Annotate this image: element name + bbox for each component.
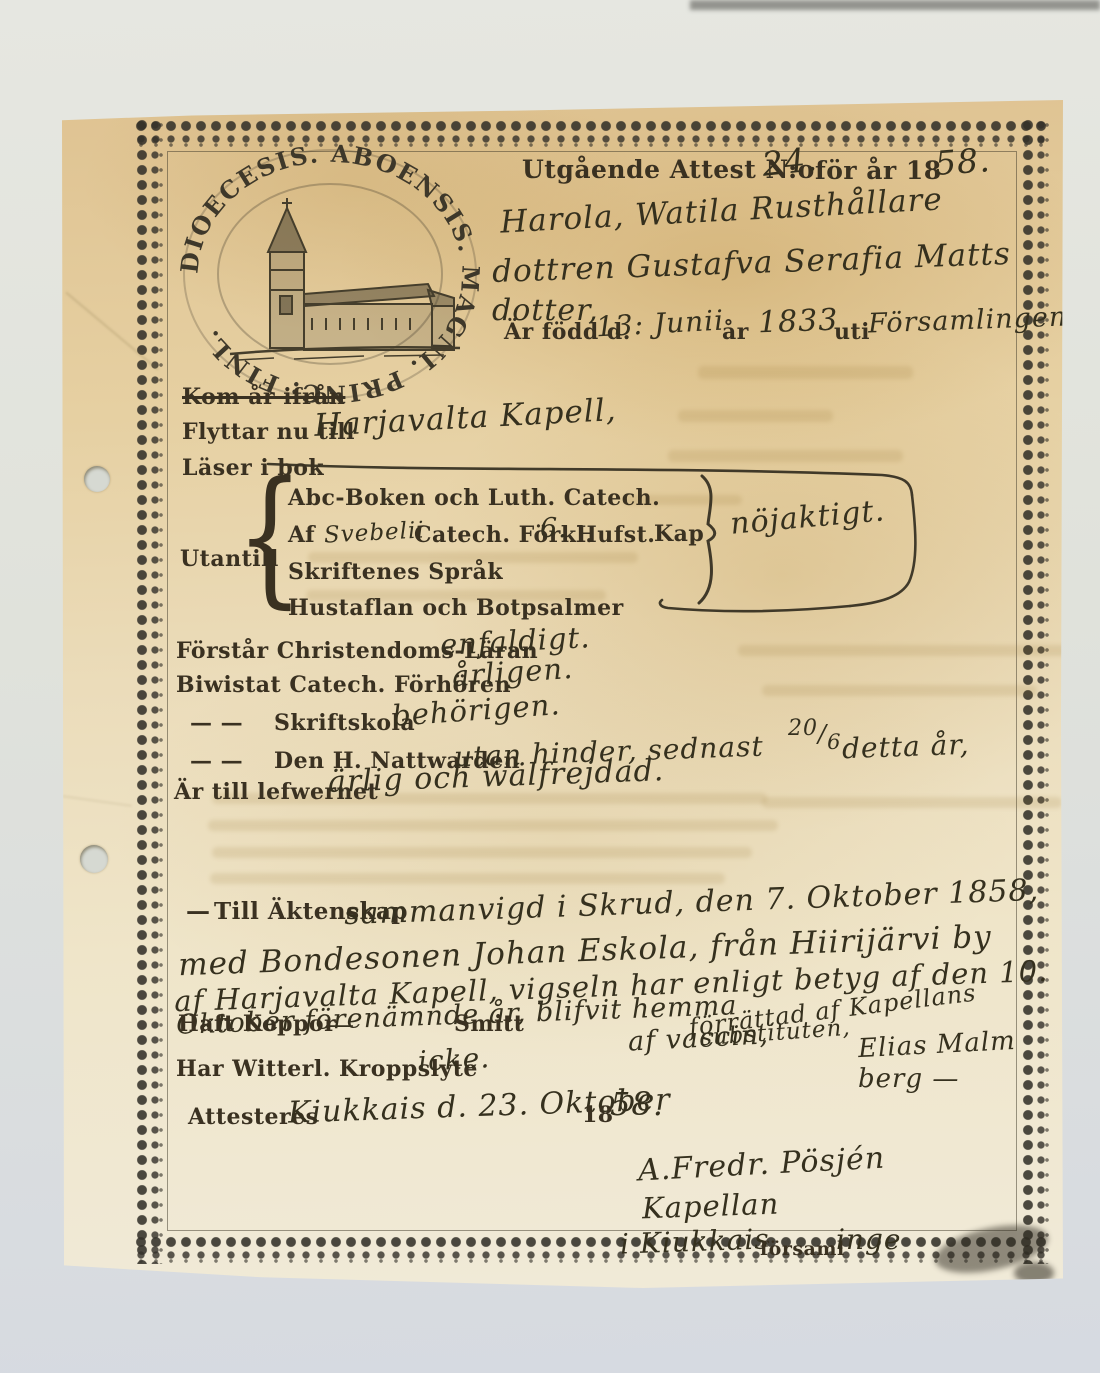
pox-mark: — [328,1012,355,1038]
fraction-slash: / [818,720,827,748]
utantill-item2-author: Svebelii [323,519,425,547]
kap-label: Kap [654,523,704,545]
pastor-parish-print: församl [760,1240,845,1259]
pastor-title: Kapellan [642,1190,780,1224]
paper-crease [62,795,132,807]
show-through-text [210,873,725,884]
utantill-item4: Hustaflan och Botpsalmer [288,597,624,619]
attest-number: 24. [760,142,819,181]
utantill-item2-count: 6. [540,515,568,542]
fraction-numerator: 20 [788,716,818,741]
defect-value: icke. [417,1044,490,1076]
utantill-item1: Abc-Boken och Luth. Catech. [288,487,660,509]
born-parish: Församlingen [868,304,1068,338]
pox-label: Haft Koppor [178,1013,336,1035]
show-through-text [212,847,752,858]
smitt-label: Smitt [454,1013,524,1035]
born-in-label: uti [834,321,870,343]
photograph: DIOECESIS. ABOENSIS. MAGNI. PRINC: FINL. [0,0,1100,1373]
church-illustration [230,198,460,360]
catech-value: årligen. [451,654,574,691]
born-year-label: år [722,321,749,343]
svg-text:DIOECESIS. ABOENSIS. MAGNI. PR: DIOECESIS. ABOENSIS. MAGNI. PRINC: FINL. [174,139,485,408]
communion-value-end: detta år, [842,731,970,763]
attest-year-hand: 58. [610,1088,664,1120]
ditto-dashes: — — [190,712,243,734]
for-year-label: för år 18 [815,158,942,183]
show-through-text [762,797,1062,808]
show-through-text [668,450,903,462]
utantill-item2-prefix: Af [288,524,315,546]
officiant-signature: Elias Malm [857,1028,1016,1062]
show-through-text [738,645,1068,656]
show-through-text [208,820,778,831]
attest-year: 58. [934,143,992,180]
ink-smudge [1014,1262,1054,1284]
photo-edge-artifact [690,0,1100,10]
vaccin-value: af vaccin, [627,1021,769,1055]
attest-year-print: 18 [582,1104,614,1126]
certificate-paper: DIOECESIS. ABOENSIS. MAGNI. PRINC: FINL. [62,100,1063,1288]
utantill-item2-suffix: Hufst. [576,524,655,546]
marriage-dash: — [186,899,211,923]
show-through-text [762,685,1037,696]
born-date: 13: Junii [595,307,724,342]
officiant-signature-2: berg — [858,1066,959,1092]
border-left [134,118,164,1264]
pastor-parish-hand: i Kiukkais [620,1225,771,1258]
diocese-seal: DIOECESIS. ABOENSIS. MAGNI. PRINC: FINL. [172,136,488,408]
born-year: 1833 [758,306,839,339]
border-bottom [134,1234,1050,1264]
communion-date-fraction: 20/6 [788,722,841,747]
came-from-label: Kom år ifrån [182,386,345,408]
ditto-dashes: — — [190,750,243,772]
pastor-parish-suffix: inge [836,1226,901,1254]
show-through-text [698,366,913,379]
utantill-item3: Skriftenes Språk [288,561,503,583]
punch-hole [80,845,108,873]
show-through-text [678,410,833,422]
punch-hole [84,466,110,492]
fraction-denominator: 6 [827,730,841,754]
diocese-seal-text: DIOECESIS. ABOENSIS. MAGNI. PRINC: FINL. [174,139,485,408]
